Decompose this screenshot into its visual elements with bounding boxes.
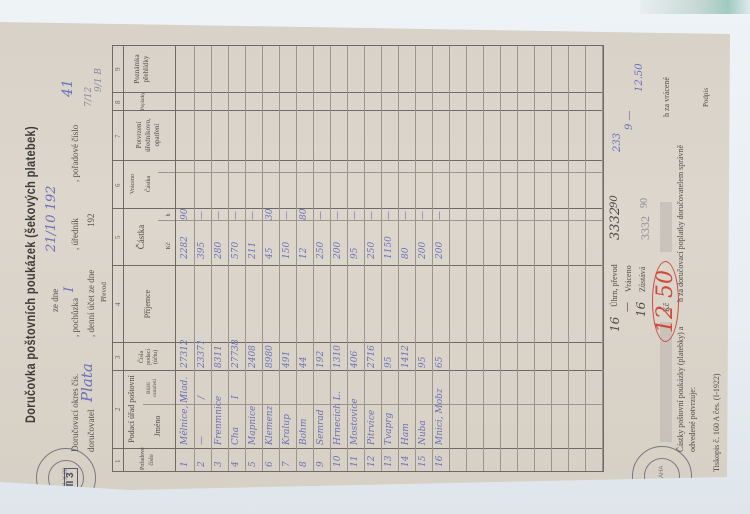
dorucovatel-label: doručovatel: [86, 410, 96, 452]
postal-delivery-form: Doručovka poštovních poukázek (šekových …: [12, 47, 730, 502]
row-number: 4: [231, 461, 241, 467]
col-header-blizsi: Bližší označení: [147, 373, 159, 403]
row-amount-kc: 280: [214, 242, 224, 259]
row-office: Mělnice, Mlad.: [180, 377, 190, 445]
row-amount-h: —: [435, 211, 445, 220]
right-note: 12.50: [634, 63, 645, 92]
col-header-vraceno: Vráceno: [129, 161, 138, 207]
col-header-potvrzeni: Potvrzení úředníkovo, opatření: [135, 111, 162, 159]
row-office: Tvaprg: [384, 413, 394, 445]
postmark-stamp-top: 21 X 28: [36, 448, 96, 508]
row-amount-kc: 200: [435, 242, 445, 259]
row-number: 8: [299, 461, 309, 467]
zustava-h: 90: [639, 198, 650, 208]
podpis-label: Podpis: [702, 88, 710, 107]
row-account-number: 44: [299, 357, 309, 368]
row-number: 15: [418, 456, 428, 467]
postmark-stamp-bottom: PRAHA: [632, 446, 692, 506]
row-account-number: 406: [350, 351, 360, 368]
col-divider: [113, 92, 603, 93]
col-header-jmeno: Jméno: [153, 405, 162, 447]
row-account-number: 491: [282, 351, 292, 368]
row-number: 2: [197, 461, 207, 467]
denni-ucet-label: , denní účet ze dne: [86, 270, 96, 337]
row-office: Ham: [401, 423, 411, 445]
row-amount-kc: 211: [248, 242, 258, 259]
col-header-podaci-urad: Podací úřad poštovní: [127, 371, 136, 447]
row-account-number: 1310: [333, 345, 343, 368]
prevod-label: Převod: [100, 282, 108, 302]
row-account-number: 65: [435, 357, 445, 368]
row-amount-h: —: [418, 211, 428, 220]
col-header-cisla: Čísla podací (účtu): [139, 344, 160, 370]
row-amount-h: —: [316, 211, 326, 220]
zustava-value: 3332: [638, 216, 653, 240]
row-amount-h: —: [350, 211, 360, 220]
document-sheet: Doručovka poštovních poukázek (šekových …: [0, 22, 730, 492]
row-amount-h: —: [197, 211, 207, 220]
row-office: Kralup: [282, 414, 292, 445]
row-account-number: 192: [316, 351, 326, 368]
fee-value: 12 50: [652, 261, 679, 342]
col-divider: [113, 370, 603, 371]
row-office: Semrad: [316, 410, 326, 445]
row-number: 10: [333, 456, 343, 467]
row-number: 6: [265, 461, 275, 467]
pochuzka-value: I: [62, 287, 77, 292]
row-amount-kc: 150: [282, 242, 292, 259]
row-amount-h: —: [401, 211, 411, 220]
pochuzka-label: , pochůzka: [70, 298, 80, 337]
side-note: 9/1 B: [94, 68, 104, 92]
row-amount-kc: 200: [418, 242, 428, 259]
background-object: [640, 0, 750, 14]
uhrn-label: Úhrn, převod: [610, 264, 619, 307]
print-reference: Tiskopis č. 160 A čes. (I-1922): [712, 373, 721, 472]
side-note: 7/12: [84, 87, 94, 107]
date-value: 21/10 192: [44, 186, 59, 252]
row-amount-h: —: [214, 211, 224, 220]
uhrn-value: 3332: [608, 207, 623, 240]
row-number: 9: [316, 461, 326, 467]
right-note: 233: [612, 133, 623, 152]
row-amount-h: —: [333, 211, 343, 220]
row-office: Bohm: [299, 419, 309, 445]
row-amount-h: —: [367, 211, 377, 220]
right-note: 9 —: [624, 110, 635, 130]
row-office: Hrnecich L.: [333, 391, 343, 445]
row-amount-kc: 250: [316, 242, 326, 259]
row-account-number: 95: [384, 357, 394, 368]
row-amount-kc: 570: [231, 242, 241, 259]
row-amount-h: 30: [265, 209, 275, 220]
row-account-number: 8980: [265, 345, 275, 368]
row-amount-kc: 2282: [180, 236, 190, 259]
row-office: Klemenz: [265, 406, 275, 445]
poradove-label: , pořadové číslo: [70, 125, 80, 182]
count-left: 16: [608, 317, 622, 332]
form-title: Doručovka poštovních poukázek (šekových …: [22, 97, 38, 452]
row-number: 1: [180, 461, 190, 467]
urednik-label: , úředník: [70, 218, 80, 250]
row-account-number: 27312: [180, 339, 190, 368]
col-header-poplatky: Poplatky: [139, 93, 148, 110]
row-amount-kc: 1150: [384, 236, 394, 259]
row-account-number: 8311: [214, 345, 224, 368]
row-account-number: 2408: [248, 345, 258, 368]
row-amount-h: 90: [180, 209, 190, 220]
col-header-poradove: Pořadové číslo: [139, 450, 157, 470]
row-amount-h: —: [282, 211, 292, 220]
row-amount-kc: 200: [333, 242, 343, 259]
row-office: Nuba: [418, 420, 428, 445]
row-detail: /: [197, 396, 207, 399]
row-detail: /: [180, 396, 190, 399]
row-office: Frenmnice: [214, 396, 224, 445]
col-divider: [113, 110, 603, 111]
row-account-number: 95: [418, 357, 428, 368]
count-right: 16: [634, 302, 648, 317]
row-account-number: 1412: [401, 345, 411, 368]
row-number: 11: [350, 456, 360, 467]
row-number: 13: [384, 456, 394, 467]
uhrn-h: 90: [609, 195, 620, 208]
vraceno-value: —: [622, 302, 633, 312]
vraceno-label: Vráceno: [624, 265, 633, 292]
row-account-number: 2716: [367, 345, 377, 368]
items-table: 1 2 3 4 5 6 7 8 9 Pořadové číslo Podací …: [112, 45, 604, 472]
denni-ucet-year: 192: [86, 214, 96, 228]
row-office: Mnici, Mobz: [435, 388, 445, 445]
row-office: Mostovice: [350, 398, 360, 445]
poradove-value: 41: [60, 79, 76, 97]
row-number: 3: [214, 461, 224, 467]
zustava-label: Zůstává: [638, 267, 647, 292]
col-header-prijemce: Příjemce: [143, 267, 152, 341]
col-divider: [113, 160, 603, 161]
row-number: 5: [248, 461, 258, 467]
footer-line1: Částky poštovní poukázky (platebky) a: [676, 327, 685, 452]
row-number: 16: [435, 456, 445, 467]
row-amount-h: —: [231, 211, 241, 220]
row-number: 14: [401, 456, 411, 467]
row-amount-kc: 45: [265, 248, 275, 259]
col-divider: [113, 448, 603, 449]
row-amount-h: —: [384, 211, 394, 220]
col-header-castka: Částka: [137, 210, 146, 264]
row-amount-h: 80: [299, 209, 309, 220]
row-office: —: [197, 436, 207, 445]
row-office: Pitrvice: [367, 410, 377, 445]
row-detail: I: [231, 395, 241, 399]
row-amount-kc: 250: [367, 242, 377, 259]
date-label: ze dne: [50, 289, 60, 312]
footer-za-vracene: h za vrácené: [662, 77, 671, 117]
row-amount-kc: 12: [299, 248, 309, 259]
row-office: Mapnice: [248, 406, 258, 445]
col-divider: [113, 265, 603, 266]
col-header-poznamka: Poznámka přehlídky: [133, 47, 151, 91]
row-number: 12: [367, 456, 377, 467]
row-account-number: 27738: [231, 339, 241, 368]
row-office: Cha: [231, 427, 241, 445]
row-account-number: 23371: [197, 339, 207, 368]
row-number: 7: [282, 461, 292, 467]
footer-line2: odvedené potvrzuje:: [688, 387, 697, 452]
row-amount-kc: 80: [401, 248, 411, 259]
row-amount-kc: 95: [350, 248, 360, 259]
dorucovatel-value: Plata: [78, 363, 96, 402]
row-amount-kc: 395: [197, 242, 207, 259]
row-amount-h: —: [248, 211, 258, 220]
